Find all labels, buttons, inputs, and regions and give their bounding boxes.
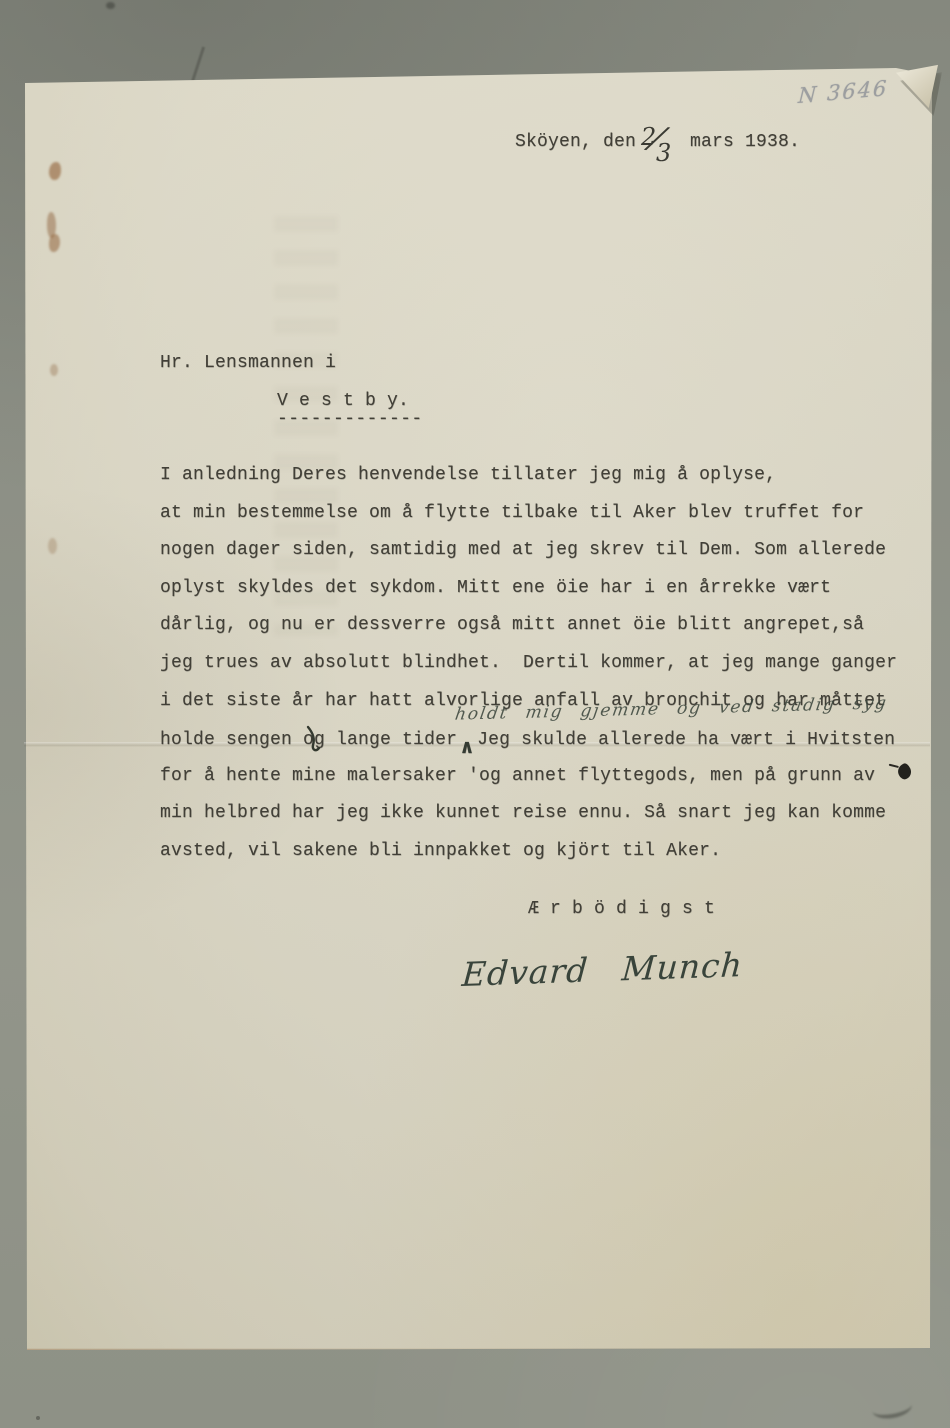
rust-stain [48, 538, 57, 554]
body-line: nogen dager siden, samtidig med at jeg s… [160, 539, 886, 562]
body-line: dårlig, og nu er dessverre også mitt ann… [160, 614, 864, 637]
body-line: for å hente mine malersaker 'og annet fl… [160, 765, 875, 788]
dateline-month-year: mars 1938. [690, 131, 800, 154]
body-line: I anledning Deres henvendelse tillater j… [160, 464, 776, 487]
rust-stain [50, 364, 58, 376]
background-arc-mark [871, 1395, 914, 1422]
insertion-caret: ∧ [457, 736, 477, 759]
scanned-letter-photo: { "document_type": "typewritten letter, … [0, 0, 950, 1428]
closing-salutation: Æ r b ö d i g s t [528, 898, 715, 921]
recipient-line: Hr. Lensmannen i [160, 352, 336, 375]
line8-pre: holde sengen [160, 730, 303, 750]
fraction-denominator: 3 [656, 139, 671, 167]
background-scratch [190, 47, 205, 86]
rust-stain [49, 234, 60, 252]
body-line: jeg trues av absolutt blindhet. Dertil k… [160, 652, 897, 675]
body-line: avsted, vil sakene bli innpakket og kjör… [160, 840, 721, 863]
rust-stain [49, 162, 61, 180]
recipient-underline: ------------- [277, 408, 423, 431]
background-smudge [106, 2, 115, 9]
line8-mid: lange tider [325, 730, 457, 750]
background-speck [36, 1416, 40, 1420]
overstruck-word: og [303, 729, 325, 752]
handwritten-date-fraction: 2⁄3 [641, 116, 677, 156]
rust-stain [47, 212, 56, 238]
body-line: at min bestemmelse om å flytte tilbake t… [160, 502, 864, 525]
dateline-place: Sköyen, den [515, 131, 636, 154]
body-line-with-correction: holde sengen og lange tider∧Jeg skulde a… [160, 727, 895, 752]
body-line: min helbred har jeg ikke kunnet reise en… [160, 802, 886, 825]
body-line: oplyst skyldes det sykdom. Mitt ene öie … [160, 577, 831, 600]
line8-post: Jeg skulde allerede ha vært i Hvitsten [477, 730, 895, 750]
page-bottom-edge [26, 1349, 930, 1352]
